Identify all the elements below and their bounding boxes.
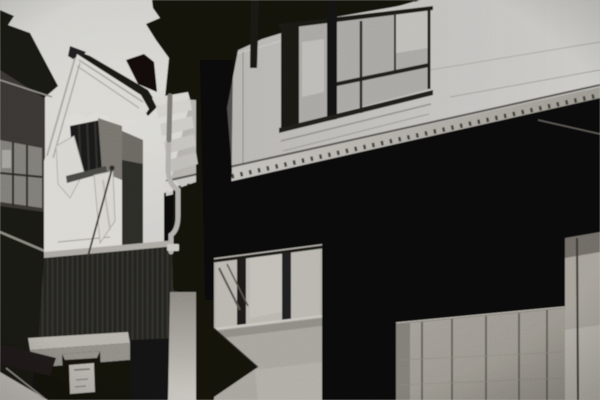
photograph xyxy=(0,0,600,400)
film-grain-overlay xyxy=(0,0,600,400)
photo-canvas xyxy=(0,0,600,400)
